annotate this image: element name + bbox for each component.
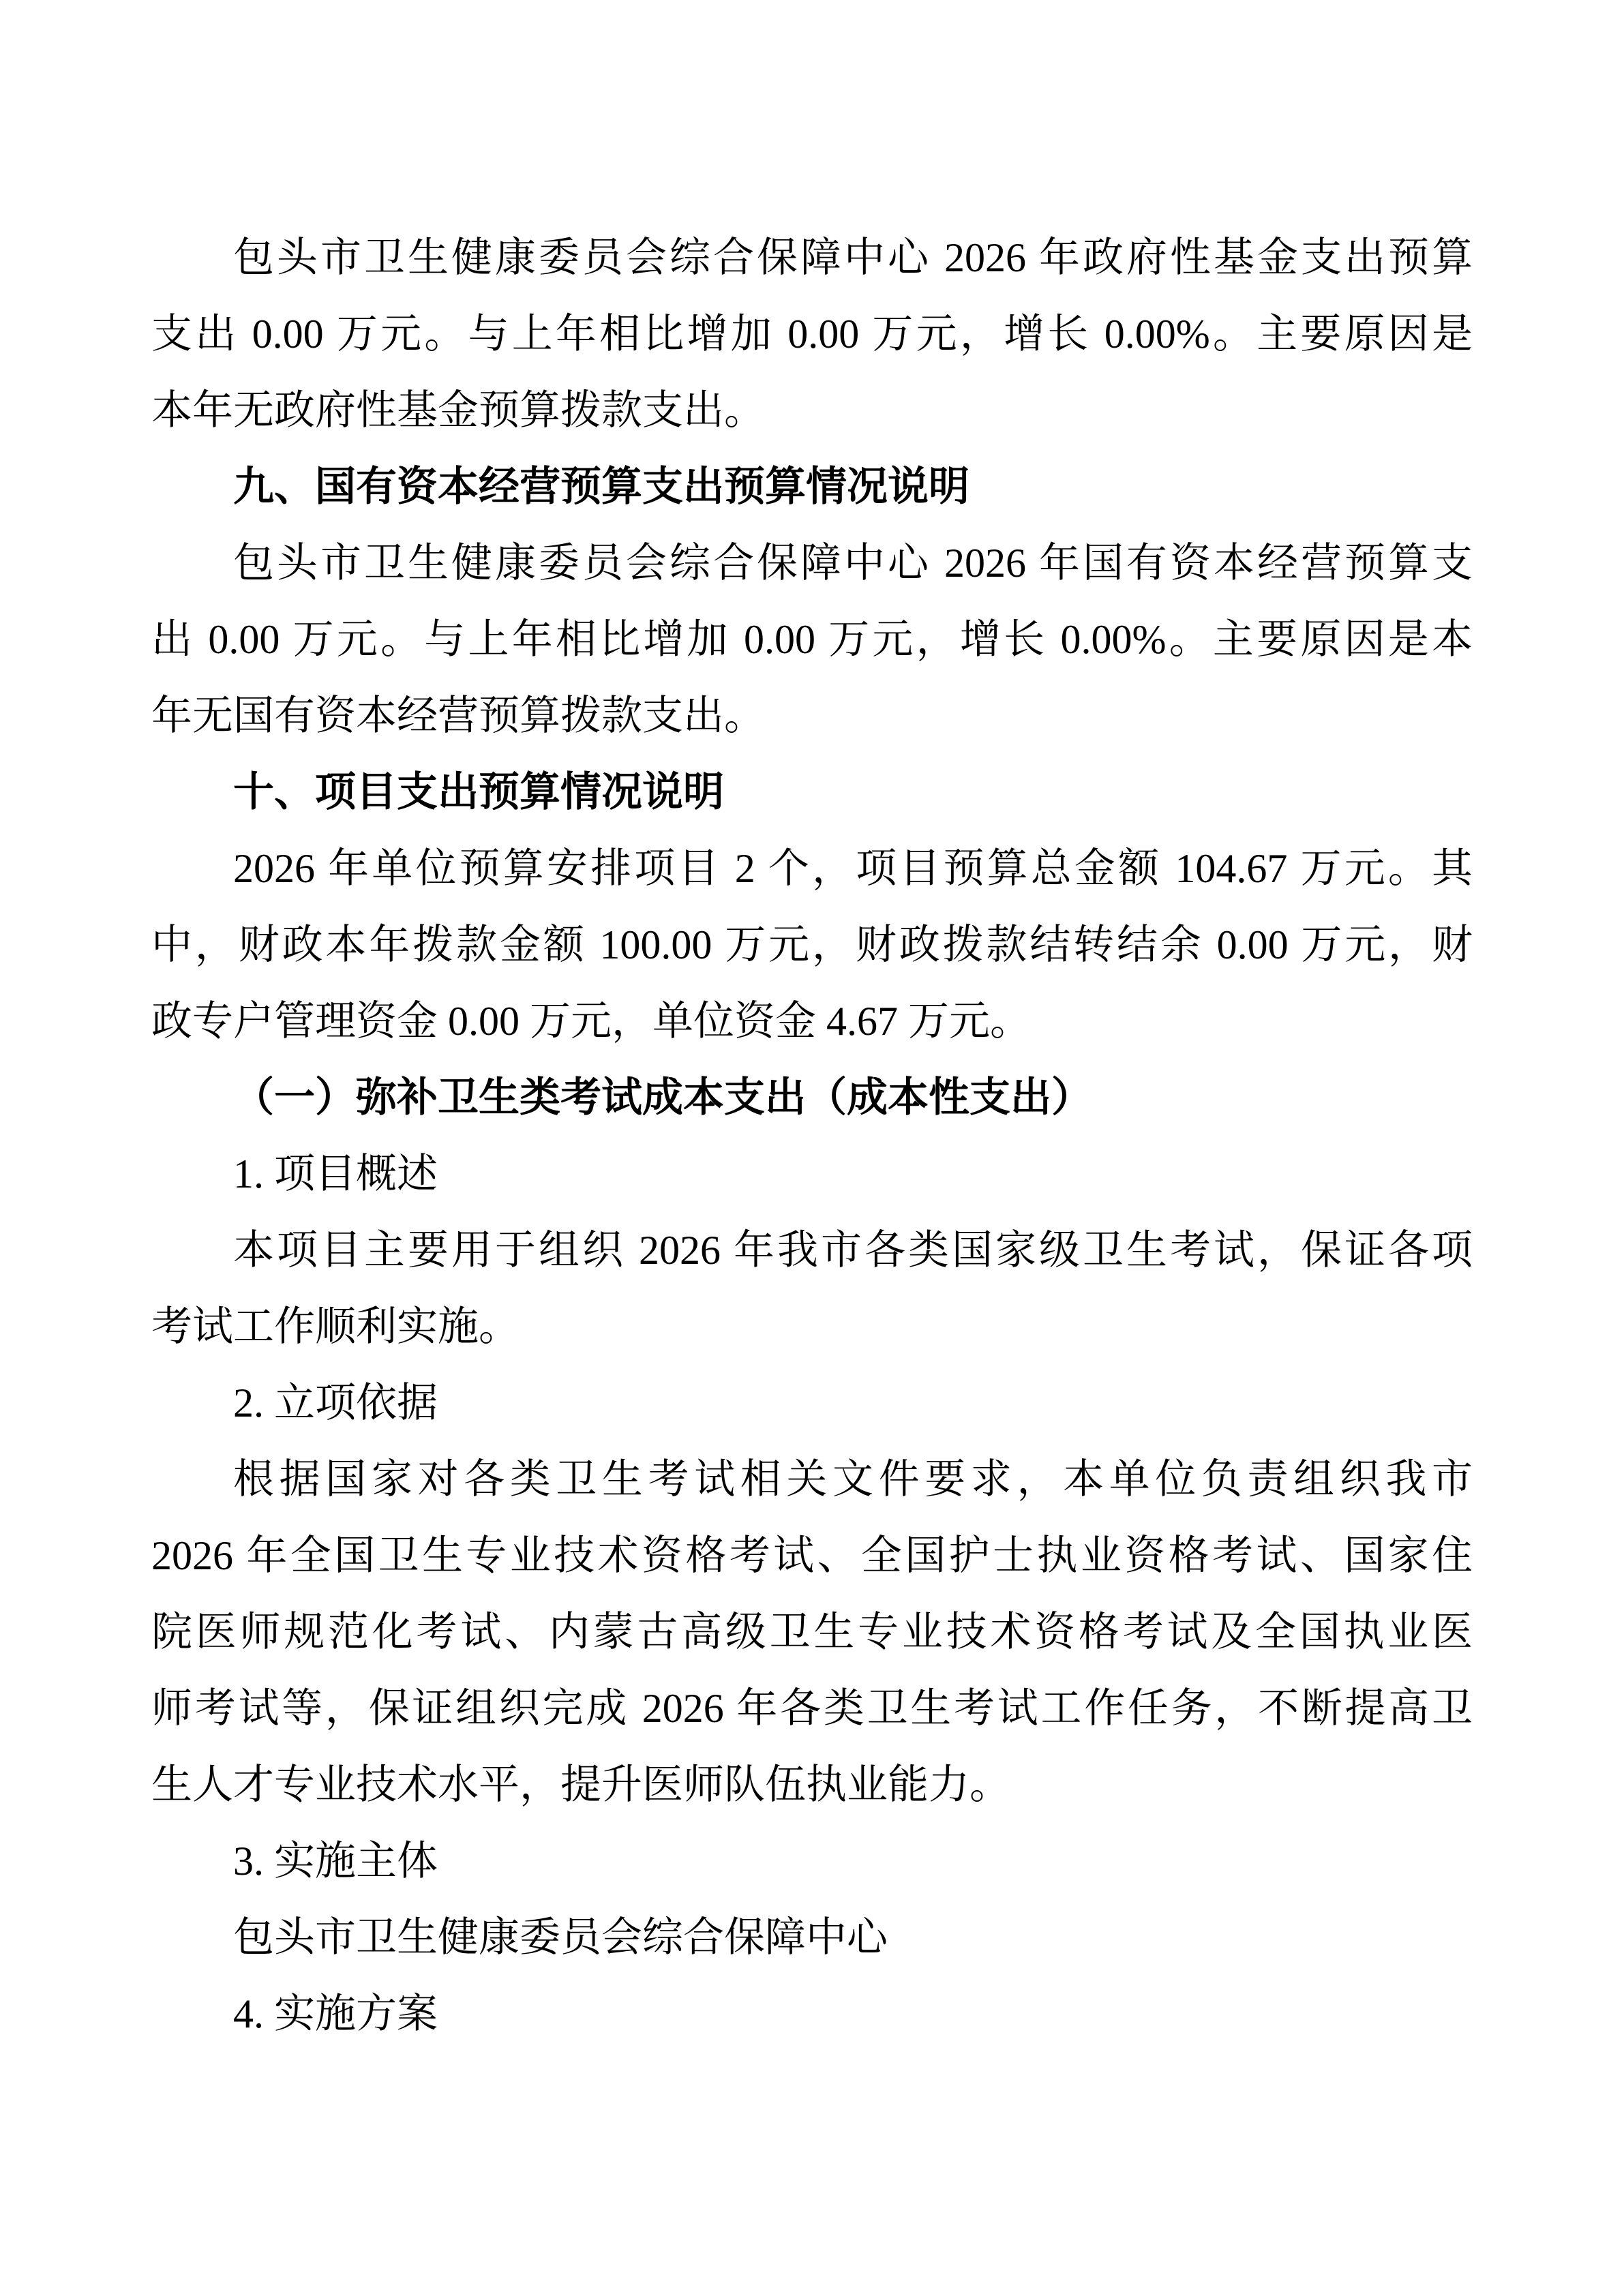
paragraph: 2026 年单位预算安排项目 2 个，项目预算总金额 104.67 万元。其中，… <box>151 830 1473 1059</box>
text-line: 中，财政本年拨款金额 100.00 万元，财政拨款结转结余 0.00 万元，财 <box>151 907 1473 983</box>
paragraph: 2. 立项依据 <box>151 1365 1473 1441</box>
section-heading: 十、项目支出预算情况说明 <box>151 754 1473 830</box>
document-page: 包头市卫生健康委员会综合保障中心 2026 年政府性基金支出预算支出 0.00 … <box>0 0 1624 2296</box>
text-line: 本项目主要用于组织 2026 年我市各类国家级卫生考试，保证各项 <box>151 1212 1473 1288</box>
paragraph: 根据国家对各类卫生考试相关文件要求，本单位负责组织我市2026 年全国卫生专业技… <box>151 1441 1473 1823</box>
text-line: 2. 立项依据 <box>151 1365 1473 1441</box>
text-line: 出 0.00 万元。与上年相比增加 0.00 万元，增长 0.00%。主要原因是… <box>151 601 1473 678</box>
text-line: 3. 实施主体 <box>151 1823 1473 1899</box>
paragraph: 包头市卫生健康委员会综合保障中心 2026 年政府性基金支出预算支出 0.00 … <box>151 220 1473 449</box>
text-line: （一）弥补卫生类考试成本支出（成本性支出） <box>151 1059 1473 1136</box>
text-line: 院医师规范化考试、内蒙古高级卫生专业技术资格考试及全国执业医 <box>151 1594 1473 1670</box>
document-content: 包头市卫生健康委员会综合保障中心 2026 年政府性基金支出预算支出 0.00 … <box>151 220 1473 2052</box>
text-line: 4. 实施方案 <box>151 1976 1473 2052</box>
paragraph: 4. 实施方案 <box>151 1976 1473 2052</box>
text-line: 年无国有资本经营预算拨款支出。 <box>151 678 1473 754</box>
paragraph: 1. 项目概述 <box>151 1136 1473 1212</box>
text-line: 包头市卫生健康委员会综合保障中心 2026 年国有资本经营预算支 <box>151 525 1473 601</box>
text-line: 支出 0.00 万元。与上年相比增加 0.00 万元，增长 0.00%。主要原因… <box>151 296 1473 372</box>
text-line: 九、国有资本经营预算支出预算情况说明 <box>151 449 1473 525</box>
paragraph: 包头市卫生健康委员会综合保障中心 <box>151 1899 1473 1976</box>
text-line: 政专户管理资金 0.00 万元，单位资金 4.67 万元。 <box>151 983 1473 1059</box>
text-line: 生人才专业技术水平，提升医师队伍执业能力。 <box>151 1747 1473 1823</box>
section-heading: （一）弥补卫生类考试成本支出（成本性支出） <box>151 1059 1473 1136</box>
text-line: 师考试等，保证组织完成 2026 年各类卫生考试工作任务，不断提高卫 <box>151 1670 1473 1747</box>
section-heading: 九、国有资本经营预算支出预算情况说明 <box>151 449 1473 525</box>
paragraph: 本项目主要用于组织 2026 年我市各类国家级卫生考试，保证各项考试工作顺利实施… <box>151 1212 1473 1365</box>
text-line: 包头市卫生健康委员会综合保障中心 <box>151 1899 1473 1976</box>
text-line: 2026 年单位预算安排项目 2 个，项目预算总金额 104.67 万元。其 <box>151 830 1473 907</box>
paragraph: 3. 实施主体 <box>151 1823 1473 1899</box>
text-line: 十、项目支出预算情况说明 <box>151 754 1473 830</box>
text-line: 2026 年全国卫生专业技术资格考试、全国护士执业资格考试、国家住 <box>151 1517 1473 1594</box>
text-line: 本年无政府性基金预算拨款支出。 <box>151 372 1473 449</box>
paragraph: 包头市卫生健康委员会综合保障中心 2026 年国有资本经营预算支出 0.00 万… <box>151 525 1473 754</box>
text-line: 根据国家对各类卫生考试相关文件要求，本单位负责组织我市 <box>151 1441 1473 1517</box>
text-line: 1. 项目概述 <box>151 1136 1473 1212</box>
text-line: 考试工作顺利实施。 <box>151 1288 1473 1365</box>
text-line: 包头市卫生健康委员会综合保障中心 2026 年政府性基金支出预算 <box>151 220 1473 296</box>
